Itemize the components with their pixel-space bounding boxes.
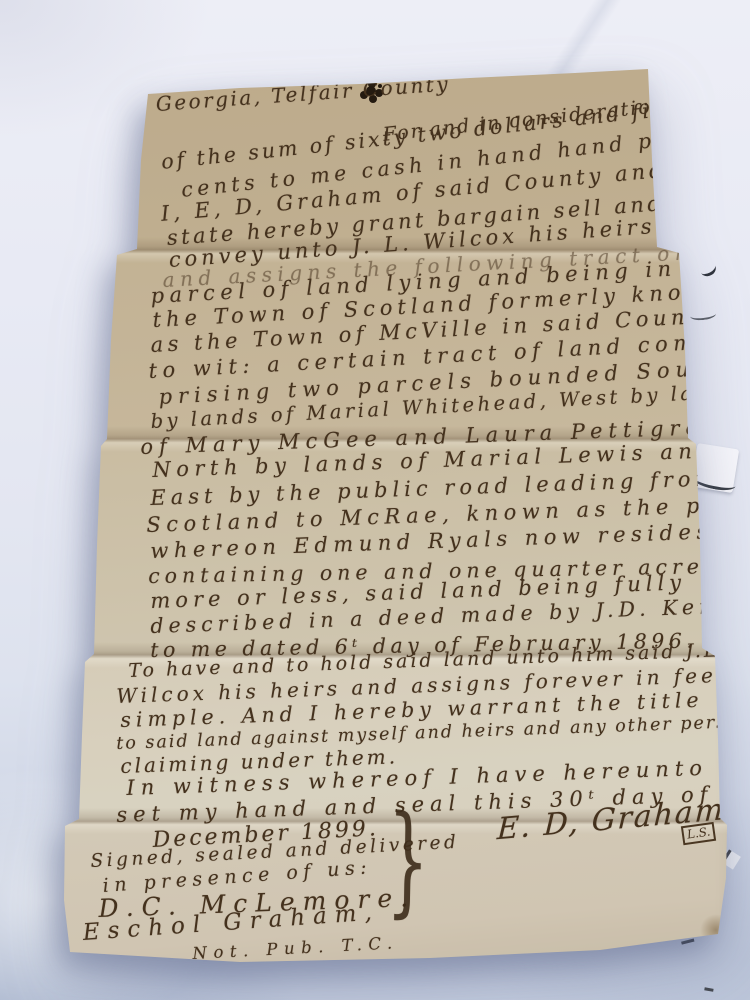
- closing-brace: }: [386, 806, 430, 917]
- photo-scene: Georgia, Telfair County For and in consi…: [0, 0, 750, 1000]
- document-paper: Georgia, Telfair County For and in consi…: [0, 0, 750, 1000]
- corner-smudge: [700, 914, 732, 946]
- deed-page: Georgia, Telfair County For and in consi…: [0, 0, 750, 1000]
